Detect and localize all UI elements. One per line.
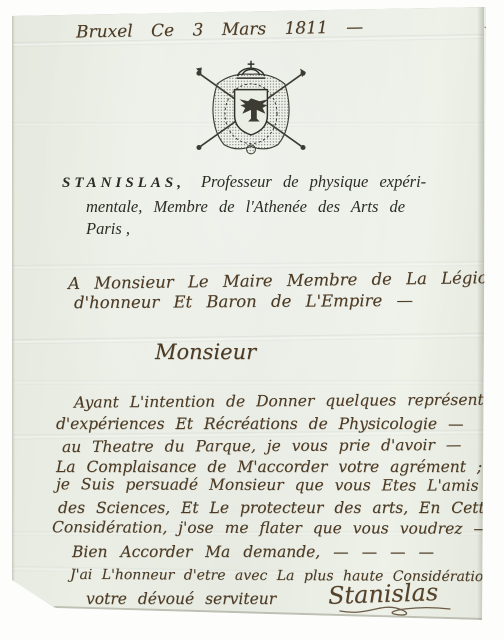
- paper-crease: [13, 380, 484, 385]
- body-line-2: d'expériences Et Récréations de Physicol…: [56, 415, 464, 433]
- letterhead-name: STANISLAS,: [62, 175, 185, 191]
- letterhead-line-3: Paris ,: [86, 219, 130, 239]
- body-line-3: au Theatre du Parque, je vous prie d'avo…: [62, 436, 461, 456]
- body-line-1: Ayant L'intention de Donner quelques rep…: [74, 390, 504, 411]
- salutation: Monsieur: [155, 340, 256, 364]
- letterhead-title: Professeur de physique expéri-: [201, 172, 426, 191]
- recipient-line-2: d'honneur Et Baron de L'Empire —: [74, 291, 413, 312]
- body-line-8: Bien Accorder Ma demande, — — — —: [72, 543, 434, 561]
- signature-flourish: [336, 602, 456, 618]
- letter-paper: Bruxel Ce 3 Mars 1811 — ‐: [0, 0, 504, 640]
- paper-left-edge-shadow: [12, 16, 15, 582]
- letterhead-line-1: STANISLAS,Professeur de physique expéri-: [62, 172, 426, 192]
- photo-of-letter: Bruxel Ce 3 Mars 1811 — ‐: [0, 0, 504, 640]
- body-line-5: je Suis persuadé Monsieur que vous Etes …: [56, 475, 504, 495]
- recipient-line-1: A Monsieur Le Maire Membre de La Légion: [68, 268, 498, 293]
- body-line-6: des Sciences, Et Le protecteur des arts,…: [58, 499, 494, 517]
- paper-top-edge: [12, 5, 488, 16]
- closing-line-2: votre dévoué serviteur: [86, 590, 276, 608]
- body-line-7: Considération, j'ose me flater que vous …: [52, 518, 489, 538]
- letterhead-line-2: mentale, Membre de l'Athenée des Arts de: [86, 197, 405, 217]
- imperial-eagle-crest-icon: [172, 54, 330, 160]
- body-line-4: La Complaisance de M'accorder votre agré…: [56, 458, 482, 476]
